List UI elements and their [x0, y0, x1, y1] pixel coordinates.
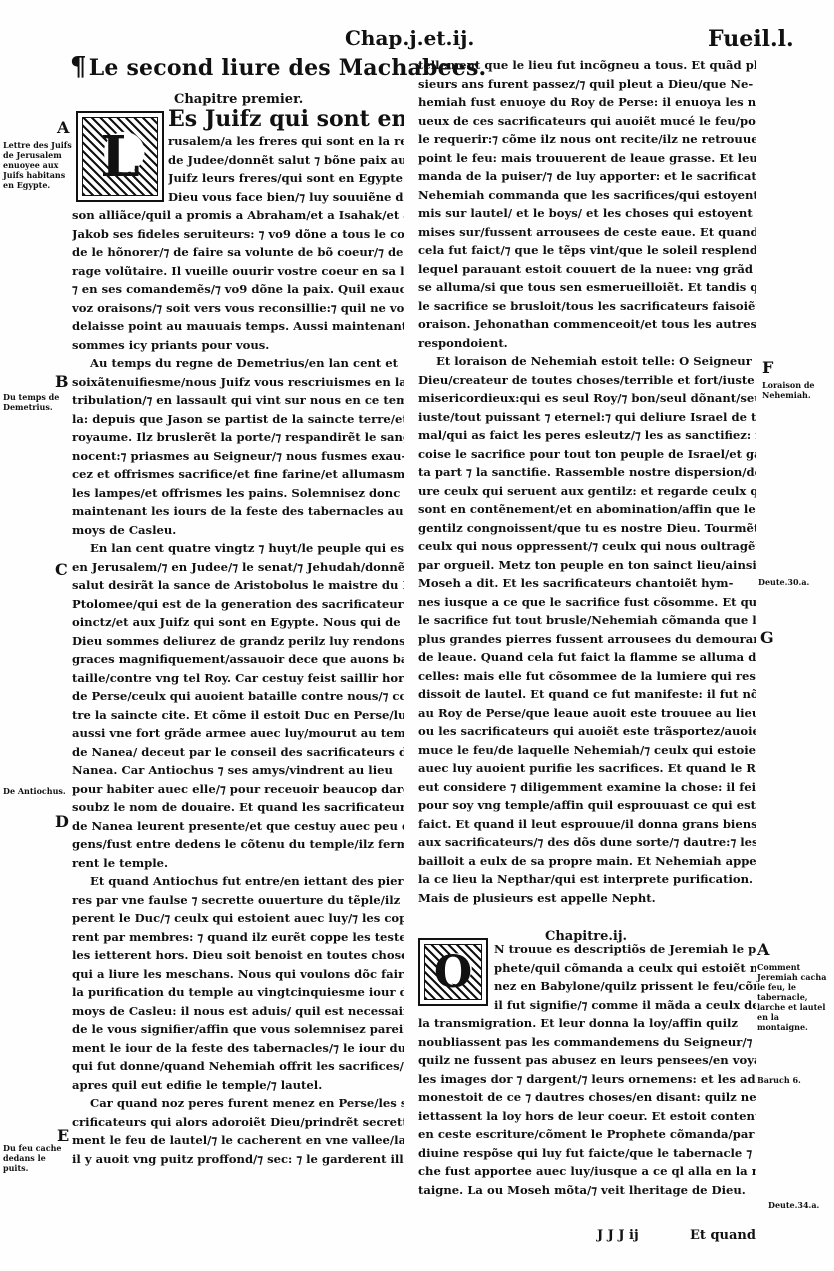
signature-mark: J J J ij	[597, 1228, 639, 1243]
text-line: les lampes/et offrismes les pains. Solem…	[72, 484, 404, 503]
text-line: ta part ⁊ la sanctifie. Rassemble nostre…	[418, 463, 756, 482]
text-line: maintenant les iours de la feste des tab…	[72, 502, 404, 521]
text-line: Dieu sommes deliurez de grandz perilz lu…	[72, 632, 404, 651]
text-line: la purification du temple au vingtcinqui…	[72, 983, 404, 1002]
margin-letter-a2: A	[757, 940, 769, 959]
text-line: soixãtenuifiesme/nous Juifz vous rescriu…	[72, 373, 404, 392]
text-line: taigne. La ou Moseh mõta/⁊ veit lheritag…	[418, 1181, 756, 1200]
text-line: tribulation/⁊ en lassault qui vint sur n…	[72, 391, 404, 410]
text-line: gens/fust entre dedens le cõtenu du temp…	[72, 835, 404, 854]
text-line: la transmigration. Et leur donna la loy/…	[418, 1014, 756, 1033]
text-line: lequel parauant estoit couuert de la nue…	[418, 260, 756, 279]
paragraph-1-rest: son alliãce/quil a promis a Abraham/et a…	[72, 206, 404, 354]
text-line: ceulx qui nous oppressent/⁊ ceulx qui no…	[418, 537, 756, 556]
text-line: qui a liure les meschans. Nous qui voulo…	[72, 965, 404, 984]
text-line: le requerir:⁊ cõme ilz nous ont recite/i…	[418, 130, 756, 149]
text-line: celles: mais elle fut cõsommee de la lum…	[418, 667, 756, 686]
text-line: de Nanea leurent presente/et que cestuy …	[72, 817, 404, 836]
text-line: Juifz leurs freres/qui sont en Egypte.	[168, 169, 404, 188]
pilcrow-icon: ¶	[70, 52, 87, 82]
text-line: phete/quil cõmanda a ceulx qui estoiẽt m…	[494, 959, 756, 978]
text-line: taille/contre vng tel Roy. Car cestuy fe…	[72, 669, 404, 688]
margin-note-a2: Comment Jeremiah cacha le feu, le tabern…	[757, 962, 827, 1032]
text-line: crificateurs qui alors adoroiẽt Dieu/pri…	[72, 1113, 404, 1132]
margin-letter-d: D	[55, 812, 69, 831]
text-line: dissoit de lautel. Et quand ce fut manif…	[418, 685, 756, 704]
text-line: ment le iour de la feste des tabernacles…	[72, 1039, 404, 1058]
left-column: Es Juifz qui sont en Je- rusalem/a les f…	[72, 106, 404, 1168]
text-line: Jakob ses fideles seruiteurs: ⁊ vo9 dõne…	[72, 225, 404, 244]
text-line: en Jerusalem/⁊ en Judee/⁊ le senat/⁊ Jeh…	[72, 558, 404, 577]
text-line: les ietterent hors. Dieu soit benoist en…	[72, 946, 404, 965]
text-line: nez en Babylone/quilz prissent le feu/cõ…	[494, 977, 756, 996]
margin-note-f: Loraison de Nehemiah.	[762, 380, 832, 400]
folio-number: Fueil.l.	[708, 26, 794, 52]
margin-letter-f: F	[762, 358, 773, 377]
dropcap-adjacent-text: Es Juifz qui sont en Je- rusalem/a les f…	[72, 106, 404, 206]
text-line: Ptolomee/qui est de la generation des sa…	[72, 595, 404, 614]
text-line: royaume. Ilz bruslerẽt la porte/⁊ respan…	[72, 428, 404, 447]
margin-ref-deute-30: Deute.30.a.	[758, 577, 828, 587]
margin-letter-a: A	[57, 118, 69, 137]
text-line: la ce lieu la Nepthar/qui est interprete…	[418, 870, 756, 889]
text-line: de le hõnorer/⁊ de faire sa volunte de b…	[72, 243, 404, 262]
text-line: de Perse/ceulx qui auoient bataille cont…	[72, 687, 404, 706]
text-line: voz oraisons/⁊ soit vers vous reconsilli…	[72, 299, 404, 318]
text-line: mises sur/fussent arrousees de ceste eau…	[418, 223, 756, 242]
text-line: aux sacrificateurs/⁊ des dõs dune sorte/…	[418, 833, 756, 852]
text-line: rent par membres: ⁊ quand ilz eurẽt copp…	[72, 928, 404, 947]
right-paragraph-1: tellement que le lieu fut incõgneu a tou…	[418, 56, 756, 352]
text-line: sieurs ans furent passez/⁊ quil pleut a …	[418, 75, 756, 94]
text-line: pour soy vng temple/affin quil esprouuas…	[418, 796, 756, 815]
text-line: le sacrifice se brusloit/tous les sacrif…	[418, 297, 756, 316]
right-paragraph-2: Et loraison de Nehemiah estoit telle: O …	[418, 352, 756, 907]
text-line: Nehemiah commanda que les sacrifices/qui…	[418, 186, 756, 205]
text-line: coise le sacrifice pour tout ton peuple …	[418, 445, 756, 464]
running-head: Chap.j.et.ij.	[345, 26, 474, 50]
text-line: auec luy auoient purifie les sacrifices.…	[418, 759, 756, 778]
text-line: soubz le nom de douaire. Et quand les sa…	[72, 798, 404, 817]
text-line: ure ceulx qui seruent aux gentilz: et re…	[418, 482, 756, 501]
text-line: rage volũtaire. Il vueille ouurir vostre…	[72, 262, 404, 281]
text-line: delaisse point au mauuais temps. Aussi m…	[72, 317, 404, 336]
text-line: tellement que le lieu fut incõgneu a tou…	[418, 56, 756, 75]
text-line: nocent:⁊ priasmes au Seigneur/⁊ nous fus…	[72, 447, 404, 466]
margin-letter-c: C	[55, 560, 68, 579]
margin-note-a: Lettre des Juifs de Jerusalem enuoyee au…	[3, 140, 73, 190]
text-line: diuine respõse qui luy fut faicte/que le…	[418, 1144, 756, 1163]
text-line: son alliãce/quil a promis a Abraham/et a…	[72, 206, 404, 225]
text-line: Dieu vous face bien/⁊ luy souuiẽne de	[168, 188, 404, 207]
text-line: oinctz/et aux Juifz qui sont en Egypte. …	[72, 613, 404, 632]
margin-note-antiochus: De Antiochus.	[3, 786, 73, 796]
text-line: ueux de ces sacrificateurs qui auoiẽt mu…	[418, 112, 756, 131]
text-line: eut considere ⁊ diligemment examine la c…	[418, 778, 756, 797]
text-line: nes iusque a ce que le sacrifice fust cõ…	[418, 593, 756, 612]
text-line: en ceste escriture/cõment le Prophete cõ…	[418, 1125, 756, 1144]
text-line: tre la saincte cite. Et cõme il estoit D…	[72, 706, 404, 725]
paragraph-2: Au temps du regne de Demetrius/en lan ce…	[72, 354, 404, 539]
paragraph-4: Et quand Antiochus fut entre/en iettant …	[72, 872, 404, 1094]
text-line: sommes icy priants pour vous.	[72, 336, 404, 355]
text-line: Et quand Antiochus fut entre/en iettant …	[72, 872, 404, 891]
margin-note-b: Du temps de Demetrius.	[3, 392, 73, 412]
text-line: faict. Et quand il leut esprouue/il donn…	[418, 815, 756, 834]
margin-ref-deute-34: Deute.34.a.	[768, 1200, 834, 1210]
text-line: En lan cent quatre vingtz ⁊ huyt/le peup…	[72, 539, 404, 558]
text-line: se alluma/si que tous sen esmerueilloiẽt…	[418, 278, 756, 297]
text-line: de Judee/donnẽt salut ⁊ bõne paix aux	[168, 151, 404, 170]
text-line: Au temps du regne de Demetrius/en lan ce…	[72, 354, 404, 373]
text-line: hemiah fust enuoye du Roy de Perse: il e…	[418, 93, 756, 112]
right-column: tellement que le lieu fut incõgneu a tou…	[418, 56, 756, 907]
text-line: N trouue es descriptiõs de Jeremiah le p…	[494, 940, 756, 959]
text-line: plus grandes pierres fussent arrousees d…	[418, 630, 756, 649]
text-line: bailloit a eulx de sa propre main. Et Ne…	[418, 852, 756, 871]
text-line: de le vous signifier/affin que vous sole…	[72, 1020, 404, 1039]
margin-note-e: Du feu cache dedans le puits.	[3, 1143, 73, 1173]
text-line: Mais de plusieurs est appelle Nepht.	[418, 889, 756, 908]
text-line: il y auoit vng puitz proffond/⁊ sec: ⁊ l…	[72, 1150, 404, 1169]
dropcap-adjacent-text: N trouue es descriptiõs de Jeremiah le p…	[418, 940, 756, 1014]
text-line: au Roy de Perse/que leaue auoit este tro…	[418, 704, 756, 723]
text-line: noubliassent pas les commandemens du Sei…	[418, 1033, 756, 1052]
text-line: sont en contẽnement/et en abomination/af…	[418, 500, 756, 519]
opening-line: Es Juifz qui sont en Je-	[168, 106, 404, 132]
text-line: Car quand noz peres furent menez en Pers…	[72, 1094, 404, 1113]
text-line: moys de Casleu: il nous est aduis/ quil …	[72, 1002, 404, 1021]
text-line: mal/qui as faict les peres esleutz/⁊ les…	[418, 426, 756, 445]
text-line: pour habiter auec elle/⁊ pour receuoir b…	[72, 780, 404, 799]
text-line: che fust apportee auec luy/iusque a ce q…	[418, 1162, 756, 1181]
text-line: graces magnifiquement/assauoir dece que …	[72, 650, 404, 669]
text-line: de Nanea/ deceut par le conseil des sacr…	[72, 743, 404, 762]
text-line: il fut signifie/⁊ comme il mãda a ceulx …	[494, 996, 756, 1015]
margin-letter-g: G	[760, 628, 774, 647]
text-line: monestoit de ce ⁊ dautres choses/en disa…	[418, 1088, 756, 1107]
text-line: manda de la puiser/⁊ de luy apporter: et…	[418, 167, 756, 186]
text-line: le sacrifice fut tout brusle/Nehemiah cõ…	[418, 611, 756, 630]
text-line: rusalem/a les freres qui sont en la regi…	[168, 132, 404, 151]
text-line: Moseh a dit. Et les sacrificateurs chant…	[418, 574, 756, 593]
text-line: iettassent la loy hors de leur coeur. Et…	[418, 1107, 756, 1126]
book-page: Chap.j.et.ij. Fueil.l. ¶Le second liure …	[0, 0, 834, 1271]
margin-letter-b: B	[55, 372, 69, 391]
chapter-1-heading: Chapitre premier.	[174, 92, 303, 107]
text-line: ment le feu de lautel/⁊ le cacherent en …	[72, 1131, 404, 1150]
margin-ref-baruch: Baruch 6.	[757, 1075, 827, 1085]
chapter-2-text: N trouue es descriptiõs de Jeremiah le p…	[418, 940, 756, 1199]
text-line: les images dor ⁊ dargent/⁊ leurs ornemen…	[418, 1070, 756, 1089]
text-line: muce le feu/de laquelle Nehemiah/⁊ ceulx…	[418, 741, 756, 760]
text-line: rent le temple.	[72, 854, 404, 873]
text-line: qui fut donne/quand Nehemiah offrit les …	[72, 1057, 404, 1076]
text-line: apres quil eut edifie le temple/⁊ lautel…	[72, 1076, 404, 1095]
paragraph-3: En lan cent quatre vingtz ⁊ huyt/le peup…	[72, 539, 404, 872]
text-line: ⁊ en ses comandemẽs/⁊ vo9 dõne la paix. …	[72, 280, 404, 299]
text-line: par orgueil. Metz ton peuple en ton sain…	[418, 556, 756, 575]
text-line: respondoient.	[418, 334, 756, 353]
text-line: moys de Casleu.	[72, 521, 404, 540]
text-line: res par vne faulse ⁊ secrette ouuerture …	[72, 891, 404, 910]
text-line: quilz ne fussent pas abusez en leurs pen…	[418, 1051, 756, 1070]
text-line: la: depuis que Jason se partist de la sa…	[72, 410, 404, 429]
paragraph-5: Car quand noz peres furent menez en Pers…	[72, 1094, 404, 1168]
text-line: misericordieux:qui es seul Roy/⁊ bon/seu…	[418, 389, 756, 408]
text-line: perent le Duc/⁊ ceulx qui estoient auec …	[72, 909, 404, 928]
text-line: point le feu: mais trouuerent de leaue g…	[418, 149, 756, 168]
text-line: Et loraison de Nehemiah estoit telle: O …	[418, 352, 756, 371]
text-line: Nanea. Car Antiochus ⁊ ses amys/vindrent…	[72, 761, 404, 780]
text-line: aussi vne fort grãde armee auec luy/mour…	[72, 724, 404, 743]
text-line: iuste/tout puissant ⁊ eternel:⁊ qui deli…	[418, 408, 756, 427]
text-line: salut desirãt la sance de Aristobolus le…	[72, 576, 404, 595]
text-line: ou les sacrificateurs qui auoiẽt este tr…	[418, 722, 756, 741]
text-line: mis sur lautel/ et le boys/ et les chose…	[418, 204, 756, 223]
text-line: cela fut faict/⁊ que le tẽps vint/que le…	[418, 241, 756, 260]
text-line: gentilz congnoissent/que tu es nostre Di…	[418, 519, 756, 538]
text-line: cez et offrismes sacrifice/et fine farin…	[72, 465, 404, 484]
catchword: Et quand	[690, 1228, 756, 1243]
text-line: de leaue. Quand cela fut faict la flamme…	[418, 648, 756, 667]
text-line: oraison. Jehonathan commenceoit/et tous …	[418, 315, 756, 334]
text-line: Dieu/createur de toutes choses/terrible …	[418, 371, 756, 390]
